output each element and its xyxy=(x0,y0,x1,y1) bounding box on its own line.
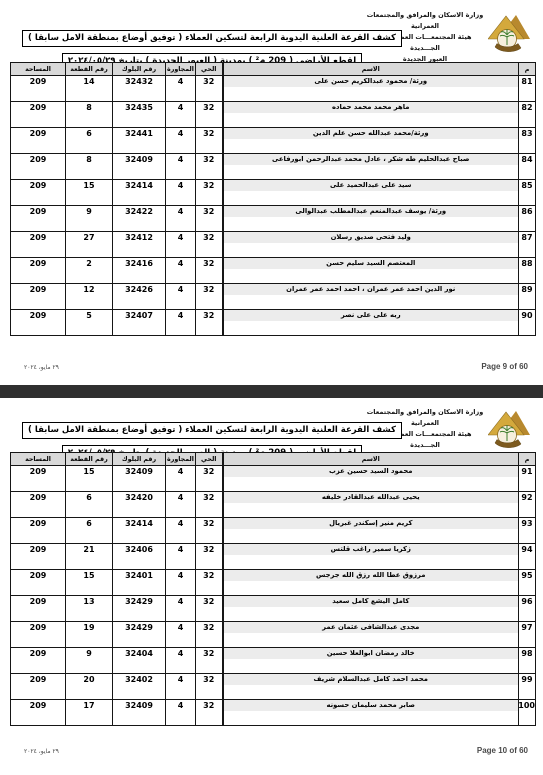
district-cell: 32 xyxy=(196,648,223,674)
name-cell: يحيى عبدالله عبدالقادر خليفه xyxy=(223,492,519,518)
block-no-cell: 32412 xyxy=(113,232,166,258)
block-no-cell: 32426 xyxy=(113,284,166,310)
table-row: 95مرزوق عطا الله رزق الله جرجس3243240115… xyxy=(11,570,536,596)
row-number-cell: 98 xyxy=(519,648,536,674)
table-row: 90ربه على على نصر324324075209 xyxy=(11,310,536,336)
name-cell: محمد احمد كامل عبدالسلام شريف xyxy=(223,674,519,700)
applicant-name: صباح عبدالحليم طه شكر ، عادل محمد عبدالر… xyxy=(224,154,519,165)
name-cell: ورثة/ محمود عبدالكريم حسن على xyxy=(223,76,519,102)
title-line-1: كشف القرعة العلنية اليدوية الرابعة لتسكي… xyxy=(22,422,402,439)
area-cell: 209 xyxy=(11,76,66,102)
row-number-cell: 94 xyxy=(519,544,536,570)
ministry-emblem-icon xyxy=(488,9,530,55)
area-cell: 209 xyxy=(11,180,66,206)
adjacent-cell: 4 xyxy=(166,76,196,102)
district-cell: 32 xyxy=(196,258,223,284)
plot-no-cell: 17 xyxy=(66,700,113,726)
col-header-name: الاسم xyxy=(223,453,519,466)
area-cell: 209 xyxy=(11,518,66,544)
block-no-cell: 32414 xyxy=(113,518,166,544)
block-no-cell: 32409 xyxy=(113,154,166,180)
col-header-adjacent: المجاورة xyxy=(166,63,196,76)
name-cell: صابر محمد سليمان حسونه xyxy=(223,700,519,726)
row-number-cell: 89 xyxy=(519,284,536,310)
table-row: 88المعتصم السيد سليم حسن324324162209 xyxy=(11,258,536,284)
page-separator xyxy=(0,385,543,398)
plot-no-cell: 9 xyxy=(66,648,113,674)
col-header-district: الحي xyxy=(196,453,223,466)
applicant-name: نور الدين احمد عمر عمران ، احمد احمد عمر… xyxy=(224,284,519,295)
area-cell: 209 xyxy=(11,622,66,648)
table-header-row: م الاسم الحي المجاورة رقم البلوك رقم الق… xyxy=(11,453,536,466)
area-cell: 209 xyxy=(11,310,66,336)
area-cell: 209 xyxy=(11,492,66,518)
block-no-cell: 32416 xyxy=(113,258,166,284)
adjacent-cell: 4 xyxy=(166,518,196,544)
row-number-cell: 90 xyxy=(519,310,536,336)
applicant-name: مرزوق عطا الله رزق الله جرجس xyxy=(224,570,519,581)
name-cell: كريم منير إسكندر غبريال xyxy=(223,518,519,544)
district-cell: 32 xyxy=(196,622,223,648)
row-number-cell: 82 xyxy=(519,102,536,128)
pdf-page-9: وزارة الاسكان والمرافق والمجتمعات العمرا… xyxy=(0,0,543,385)
plot-no-cell: 6 xyxy=(66,518,113,544)
table-header-row: م الاسم الحي المجاورة رقم البلوك رقم الق… xyxy=(11,63,536,76)
applicant-name: مجدى عبدالشافى عثمان عمر xyxy=(224,622,519,633)
name-cell: نور الدين احمد عمر عمران ، احمد احمد عمر… xyxy=(223,284,519,310)
district-cell: 32 xyxy=(196,596,223,622)
area-cell: 209 xyxy=(11,648,66,674)
col-header-block-no: رقم البلوك xyxy=(113,453,166,466)
area-cell: 209 xyxy=(11,570,66,596)
col-header-plot-no: رقم القطعة xyxy=(66,63,113,76)
adjacent-cell: 4 xyxy=(166,206,196,232)
block-no-cell: 32441 xyxy=(113,128,166,154)
block-no-cell: 32401 xyxy=(113,570,166,596)
row-number-cell: 86 xyxy=(519,206,536,232)
area-cell: 209 xyxy=(11,544,66,570)
area-cell: 209 xyxy=(11,206,66,232)
district-cell: 32 xyxy=(196,674,223,700)
adjacent-cell: 4 xyxy=(166,258,196,284)
district-cell: 32 xyxy=(196,128,223,154)
table-row: 100صابر محمد سليمان حسونه3243240917209 xyxy=(11,700,536,726)
area-cell: 209 xyxy=(11,674,66,700)
pdf-page-10: وزارة الاسكان والمرافق والمجتمعات العمرا… xyxy=(0,398,543,775)
col-header-plot-no: رقم القطعة xyxy=(66,453,113,466)
footer-date: ٢٩ مايو، ٢٠٢٤ xyxy=(24,364,59,371)
district-cell: 32 xyxy=(196,76,223,102)
table-row: 96كامل اليشع كامل سعيد3243242913209 xyxy=(11,596,536,622)
area-cell: 209 xyxy=(11,466,66,492)
name-cell: ورثة/ يوسف عبدالمنعم عبدالمطلب عبدالوالى xyxy=(223,206,519,232)
district-cell: 32 xyxy=(196,570,223,596)
plot-no-cell: 21 xyxy=(66,544,113,570)
row-number-cell: 99 xyxy=(519,674,536,700)
row-number-cell: 83 xyxy=(519,128,536,154)
block-no-cell: 32404 xyxy=(113,648,166,674)
applicant-name: وليد فتحى صديق رسلان xyxy=(224,232,519,243)
name-cell: ورثة/محمد عبدالله حسن علم الدين xyxy=(223,128,519,154)
adjacent-cell: 4 xyxy=(166,648,196,674)
district-cell: 32 xyxy=(196,154,223,180)
row-number-cell: 93 xyxy=(519,518,536,544)
col-header-block-no: رقم البلوك xyxy=(113,63,166,76)
table-row: 84صباح عبدالحليم طه شكر ، عادل محمد عبدا… xyxy=(11,154,536,180)
area-cell: 209 xyxy=(11,700,66,726)
name-cell: مجدى عبدالشافى عثمان عمر xyxy=(223,622,519,648)
name-cell: محمود السيد حسين عزب xyxy=(223,466,519,492)
adjacent-cell: 4 xyxy=(166,284,196,310)
footer-date: ٢٩ مايو، ٢٠٢٤ xyxy=(24,748,59,755)
allocation-table-page-10: م الاسم الحي المجاورة رقم البلوك رقم الق… xyxy=(10,452,536,726)
adjacent-cell: 4 xyxy=(166,570,196,596)
block-no-cell: 32429 xyxy=(113,622,166,648)
row-number-cell: 97 xyxy=(519,622,536,648)
table-row: 91محمود السيد حسين عزب3243240915209 xyxy=(11,466,536,492)
table-row: 83ورثة/محمد عبدالله حسن علم الدين3243244… xyxy=(11,128,536,154)
table-row: 89نور الدين احمد عمر عمران ، احمد احمد ع… xyxy=(11,284,536,310)
applicant-name: محمد احمد كامل عبدالسلام شريف xyxy=(224,674,519,685)
block-no-cell: 32406 xyxy=(113,544,166,570)
row-number-cell: 84 xyxy=(519,154,536,180)
ministry-emblem-icon xyxy=(488,405,530,451)
table-row: 86ورثة/ يوسف عبدالمنعم عبدالمطلب عبدالوا… xyxy=(11,206,536,232)
adjacent-cell: 4 xyxy=(166,700,196,726)
table-row: 93كريم منير إسكندر غبريال324324146209 xyxy=(11,518,536,544)
name-cell: وليد فتحى صديق رسلان xyxy=(223,232,519,258)
area-cell: 209 xyxy=(11,284,66,310)
adjacent-cell: 4 xyxy=(166,622,196,648)
applicant-name: ورثة/ يوسف عبدالمنعم عبدالمطلب عبدالوالى xyxy=(224,206,519,217)
col-header-area: المساحة xyxy=(11,63,66,76)
row-number-cell: 100 xyxy=(519,700,536,726)
name-cell: المعتصم السيد سليم حسن xyxy=(223,258,519,284)
name-cell: صباح عبدالحليم طه شكر ، عادل محمد عبدالر… xyxy=(223,154,519,180)
col-header-district: الحي xyxy=(196,63,223,76)
block-no-cell: 32414 xyxy=(113,180,166,206)
table-row: 87وليد فتحى صديق رسلان3243241227209 xyxy=(11,232,536,258)
adjacent-cell: 4 xyxy=(166,102,196,128)
plot-no-cell: 5 xyxy=(66,310,113,336)
district-cell: 32 xyxy=(196,466,223,492)
row-number-cell: 81 xyxy=(519,76,536,102)
row-number-cell: 88 xyxy=(519,258,536,284)
block-no-cell: 32402 xyxy=(113,674,166,700)
district-cell: 32 xyxy=(196,310,223,336)
name-cell: ماهر محمد محمد حماده xyxy=(223,102,519,128)
plot-no-cell: 6 xyxy=(66,128,113,154)
area-cell: 209 xyxy=(11,102,66,128)
area-cell: 209 xyxy=(11,258,66,284)
applicant-name: صابر محمد سليمان حسونه xyxy=(224,700,519,711)
allocation-table-page-9: م الاسم الحي المجاورة رقم البلوك رقم الق… xyxy=(10,62,536,336)
block-no-cell: 32409 xyxy=(113,466,166,492)
block-no-cell: 32409 xyxy=(113,700,166,726)
plot-no-cell: 20 xyxy=(66,674,113,700)
applicant-name: كريم منير إسكندر غبريال xyxy=(224,518,519,529)
col-header-adjacent: المجاورة xyxy=(166,453,196,466)
applicant-name: محمود السيد حسين عزب xyxy=(224,466,519,477)
plot-no-cell: 8 xyxy=(66,102,113,128)
name-cell: مرزوق عطا الله رزق الله جرجس xyxy=(223,570,519,596)
block-no-cell: 32435 xyxy=(113,102,166,128)
table-row: 92يحيى عبدالله عبدالقادر خليفه3243242062… xyxy=(11,492,536,518)
table-row: 98خالد رمضان ابوالعلا حسين324324049209 xyxy=(11,648,536,674)
plot-no-cell: 12 xyxy=(66,284,113,310)
block-no-cell: 32422 xyxy=(113,206,166,232)
title-line-1: كشف القرعة العلنية اليدوية الرابعة لتسكي… xyxy=(22,30,402,47)
name-cell: ربه على على نصر xyxy=(223,310,519,336)
name-cell: زكريا سمير راغب قلتس xyxy=(223,544,519,570)
col-header-no: م xyxy=(519,453,536,466)
district-cell: 32 xyxy=(196,700,223,726)
plot-no-cell: 8 xyxy=(66,154,113,180)
adjacent-cell: 4 xyxy=(166,544,196,570)
table-row: 94زكريا سمير راغب قلتس3243240621209 xyxy=(11,544,536,570)
area-cell: 209 xyxy=(11,232,66,258)
row-number-cell: 85 xyxy=(519,180,536,206)
footer-page-label: Page 9 of 60 xyxy=(481,362,528,371)
area-cell: 209 xyxy=(11,128,66,154)
footer-page-label: Page 10 of 60 xyxy=(477,746,528,755)
col-header-name: الاسم xyxy=(223,63,519,76)
applicant-name: ماهر محمد محمد حماده xyxy=(224,102,519,113)
plot-no-cell: 13 xyxy=(66,596,113,622)
table-row: 97مجدى عبدالشافى عثمان عمر3243242919209 xyxy=(11,622,536,648)
row-number-cell: 87 xyxy=(519,232,536,258)
applicant-name: ربه على على نصر xyxy=(224,310,519,321)
district-cell: 32 xyxy=(196,180,223,206)
district-cell: 32 xyxy=(196,232,223,258)
plot-no-cell: 6 xyxy=(66,492,113,518)
document-canvas: وزارة الاسكان والمرافق والمجتمعات العمرا… xyxy=(0,0,543,775)
row-number-cell: 92 xyxy=(519,492,536,518)
district-cell: 32 xyxy=(196,284,223,310)
plot-no-cell: 27 xyxy=(66,232,113,258)
plot-no-cell: 15 xyxy=(66,180,113,206)
district-cell: 32 xyxy=(196,544,223,570)
name-cell: كامل اليشع كامل سعيد xyxy=(223,596,519,622)
table-row: 82ماهر محمد محمد حماده324324358209 xyxy=(11,102,536,128)
plot-no-cell: 15 xyxy=(66,570,113,596)
adjacent-cell: 4 xyxy=(166,596,196,622)
applicant-name: زكريا سمير راغب قلتس xyxy=(224,544,519,555)
area-cell: 209 xyxy=(11,596,66,622)
col-header-area: المساحة xyxy=(11,453,66,466)
block-no-cell: 32420 xyxy=(113,492,166,518)
adjacent-cell: 4 xyxy=(166,180,196,206)
name-cell: خالد رمضان ابوالعلا حسين xyxy=(223,648,519,674)
applicant-name: كامل اليشع كامل سعيد xyxy=(224,596,519,607)
applicant-name: سيد على عبدالحميد على xyxy=(224,180,519,191)
adjacent-cell: 4 xyxy=(166,128,196,154)
block-no-cell: 32407 xyxy=(113,310,166,336)
block-no-cell: 32429 xyxy=(113,596,166,622)
name-cell: سيد على عبدالحميد على xyxy=(223,180,519,206)
district-cell: 32 xyxy=(196,102,223,128)
plot-no-cell: 15 xyxy=(66,466,113,492)
row-number-cell: 96 xyxy=(519,596,536,622)
block-no-cell: 32432 xyxy=(113,76,166,102)
row-number-cell: 91 xyxy=(519,466,536,492)
col-header-no: م xyxy=(519,63,536,76)
adjacent-cell: 4 xyxy=(166,154,196,180)
table-row: 85سيد على عبدالحميد على3243241415209 xyxy=(11,180,536,206)
plot-no-cell: 9 xyxy=(66,206,113,232)
area-cell: 209 xyxy=(11,154,66,180)
district-cell: 32 xyxy=(196,518,223,544)
adjacent-cell: 4 xyxy=(166,674,196,700)
applicant-name: خالد رمضان ابوالعلا حسين xyxy=(224,648,519,659)
adjacent-cell: 4 xyxy=(166,310,196,336)
applicant-name: ورثة/ محمود عبدالكريم حسن على xyxy=(224,76,519,87)
adjacent-cell: 4 xyxy=(166,232,196,258)
district-cell: 32 xyxy=(196,206,223,232)
table-row: 99محمد احمد كامل عبدالسلام شريف324324022… xyxy=(11,674,536,700)
plot-no-cell: 14 xyxy=(66,76,113,102)
table-row: 81ورثة/ محمود عبدالكريم حسن على324324321… xyxy=(11,76,536,102)
plot-no-cell: 19 xyxy=(66,622,113,648)
applicant-name: المعتصم السيد سليم حسن xyxy=(224,258,519,269)
plot-no-cell: 2 xyxy=(66,258,113,284)
adjacent-cell: 4 xyxy=(166,492,196,518)
district-cell: 32 xyxy=(196,492,223,518)
row-number-cell: 95 xyxy=(519,570,536,596)
applicant-name: ورثة/محمد عبدالله حسن علم الدين xyxy=(224,128,519,139)
adjacent-cell: 4 xyxy=(166,466,196,492)
applicant-name: يحيى عبدالله عبدالقادر خليفه xyxy=(224,492,519,503)
